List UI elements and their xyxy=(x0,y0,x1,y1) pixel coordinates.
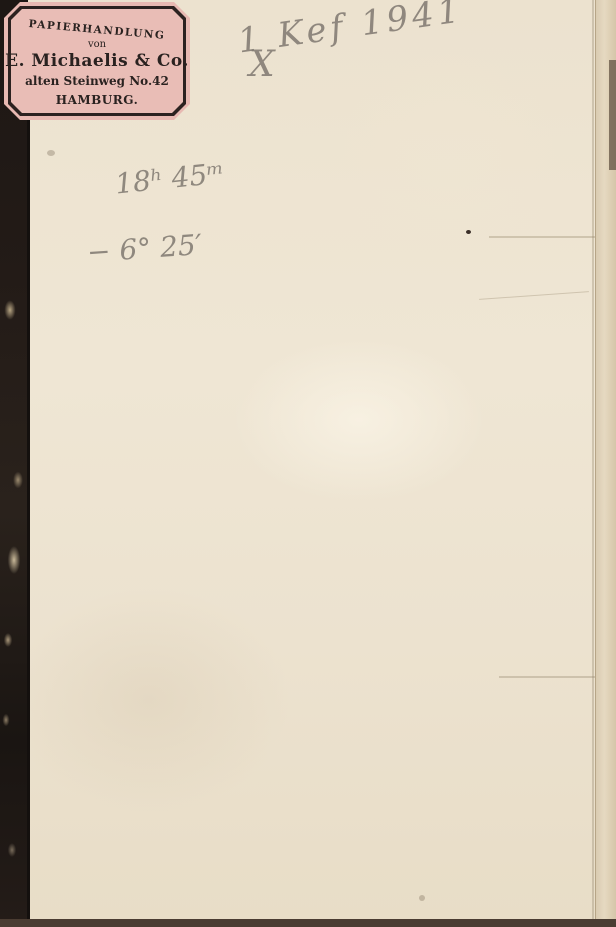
pencil-mark: X xyxy=(249,44,275,85)
edge-wear xyxy=(609,60,616,170)
ink-spot xyxy=(466,230,471,234)
marbled-spine xyxy=(0,0,28,927)
crease-line xyxy=(499,676,595,678)
label-line-city: HAMBURG. xyxy=(4,93,190,107)
foxing-spot xyxy=(47,150,55,156)
label-line-firm-name: E. Michaelis & Co. xyxy=(4,51,190,71)
foxing-spot xyxy=(419,895,425,901)
crease-line xyxy=(479,291,589,300)
spine-edge xyxy=(27,120,30,927)
page-fold-line xyxy=(592,0,594,920)
bottom-edge xyxy=(0,919,616,927)
pencil-right-ascension: 18ʰ 45ᵐ xyxy=(114,156,226,200)
label-line-von: von xyxy=(4,39,190,50)
endpaper-page: 1 Kef 1941 X 18ʰ 45ᵐ − 6° 25′ xyxy=(29,0,595,920)
crease-line xyxy=(489,236,595,238)
label-line-address: alten Steinweg No.42 xyxy=(4,74,190,88)
book-endpaper-scan: 1 Kef 1941 X 18ʰ 45ᵐ − 6° 25′ PAPIERHAND… xyxy=(0,0,616,927)
bookseller-label: PAPIERHANDLUNG von E. Michaelis & Co. al… xyxy=(4,2,190,120)
pencil-declination: − 6° 25′ xyxy=(86,228,203,269)
